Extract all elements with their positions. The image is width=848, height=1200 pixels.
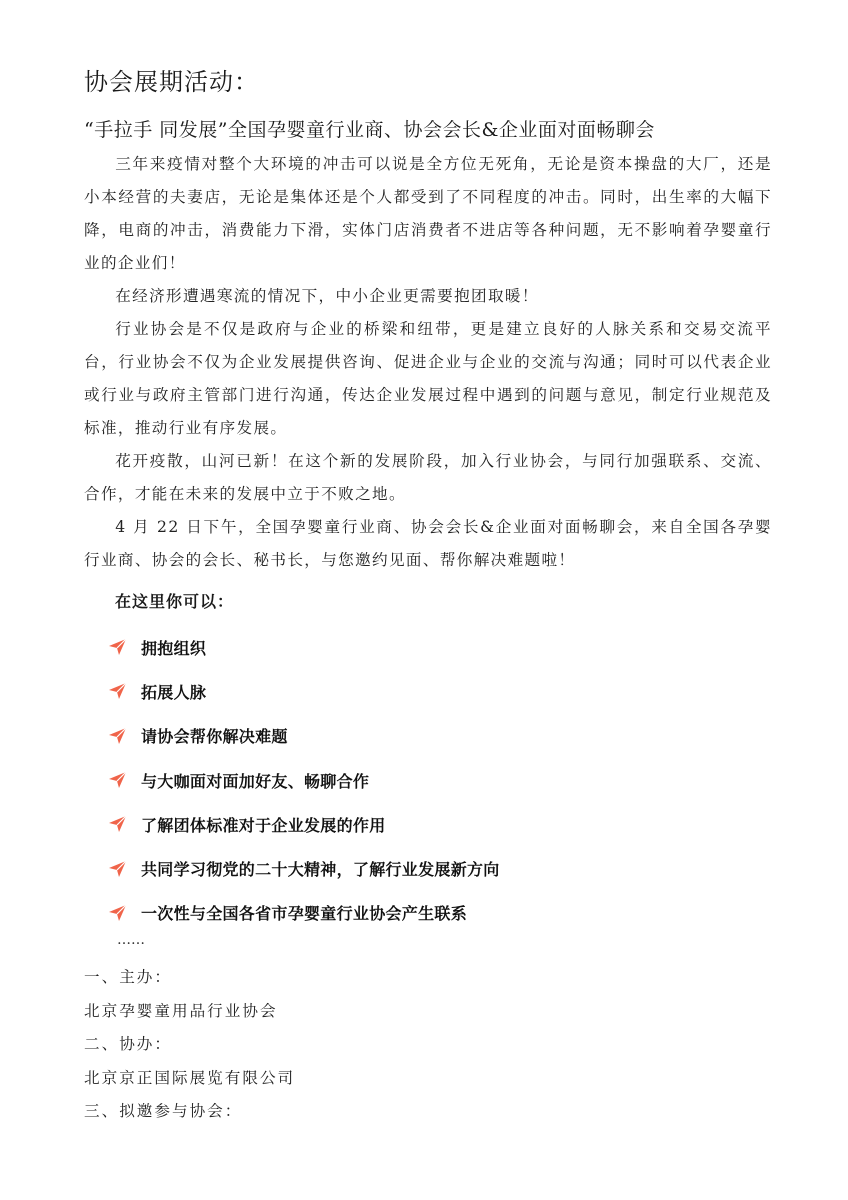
list-item-label: 共同学习彻党的二十大精神，了解行业发展新方向: [141, 857, 500, 880]
paragraph: 三年来疫情对整个大环境的冲击可以说是全方位无死角，无论是资本操盘的大厂，还是小本…: [84, 148, 772, 280]
list-item: 拓展人脉: [108, 669, 500, 713]
paragraph: 在经济形遭遇寒流的情况下，中小企业更需要抱团取暖！: [84, 280, 772, 313]
co-organizer-heading: 二、协办：: [84, 1032, 172, 1056]
benefits-list: 拥抱组织 拓展人脉 请协会帮你解决难题 与大咖面对面加好友、畅聊合作 了解团体标…: [108, 625, 500, 935]
paper-plane-icon: [108, 681, 128, 701]
benefits-lead: 在这里你可以：: [115, 590, 234, 614]
paper-plane-icon: [108, 859, 128, 879]
list-item: 了解团体标准对于企业发展的作用: [108, 802, 500, 846]
body-text: 三年来疫情对整个大环境的冲击可以说是全方位无死角，无论是资本操盘的大厂，还是小本…: [84, 148, 772, 577]
list-item-label: 一次性与全国各省市孕婴童行业协会产生联系: [141, 901, 467, 924]
co-organizer-name: 北京京正国际展览有限公司: [84, 1066, 295, 1090]
organizer-name: 北京孕婴童用品行业协会: [84, 999, 278, 1023]
paragraph: 4 月 22 日下午，全国孕婴童行业商、协会会长&企业面对面畅聊会，来自全国各孕…: [84, 511, 772, 577]
organizer-heading: 一、主办：: [84, 965, 172, 989]
ellipsis: ……: [117, 930, 145, 950]
list-item: 一次性与全国各省市孕婴童行业协会产生联系: [108, 891, 500, 935]
paper-plane-icon: [108, 726, 128, 746]
paper-plane-icon: [108, 637, 128, 657]
list-item: 与大咖面对面加好友、畅聊合作: [108, 758, 500, 802]
list-item: 共同学习彻党的二十大精神，了解行业发展新方向: [108, 846, 500, 890]
list-item-label: 拥抱组织: [141, 636, 206, 659]
paper-plane-icon: [108, 903, 128, 923]
document-page: 协会展期活动： “手拉手 同发展”全国孕婴童行业商、协会会长&企业面对面畅聊会 …: [0, 0, 848, 1200]
list-item-label: 拓展人脉: [141, 680, 206, 703]
section-title: 协会展期活动：: [84, 66, 259, 98]
event-title: “手拉手 同发展”全国孕婴童行业商、协会会长&企业面对面畅聊会: [84, 117, 655, 143]
paper-plane-icon: [108, 770, 128, 790]
paragraph: 行业协会是不仅是政府与企业的桥梁和纽带，更是建立良好的人脉关系和交易交流平台，行…: [84, 313, 772, 445]
list-item-label: 与大咖面对面加好友、畅聊合作: [141, 769, 369, 792]
paragraph: 花开疫散，山河已新！在这个新的发展阶段，加入行业协会，与同行加强联系、交流、合作…: [84, 445, 772, 511]
list-item: 请协会帮你解决难题: [108, 714, 500, 758]
list-item-label: 请协会帮你解决难题: [141, 724, 288, 747]
list-item-label: 了解团体标准对于企业发展的作用: [141, 813, 386, 836]
invited-heading: 三、拟邀参与协会：: [84, 1099, 242, 1123]
paper-plane-icon: [108, 814, 128, 834]
list-item: 拥抱组织: [108, 625, 500, 669]
